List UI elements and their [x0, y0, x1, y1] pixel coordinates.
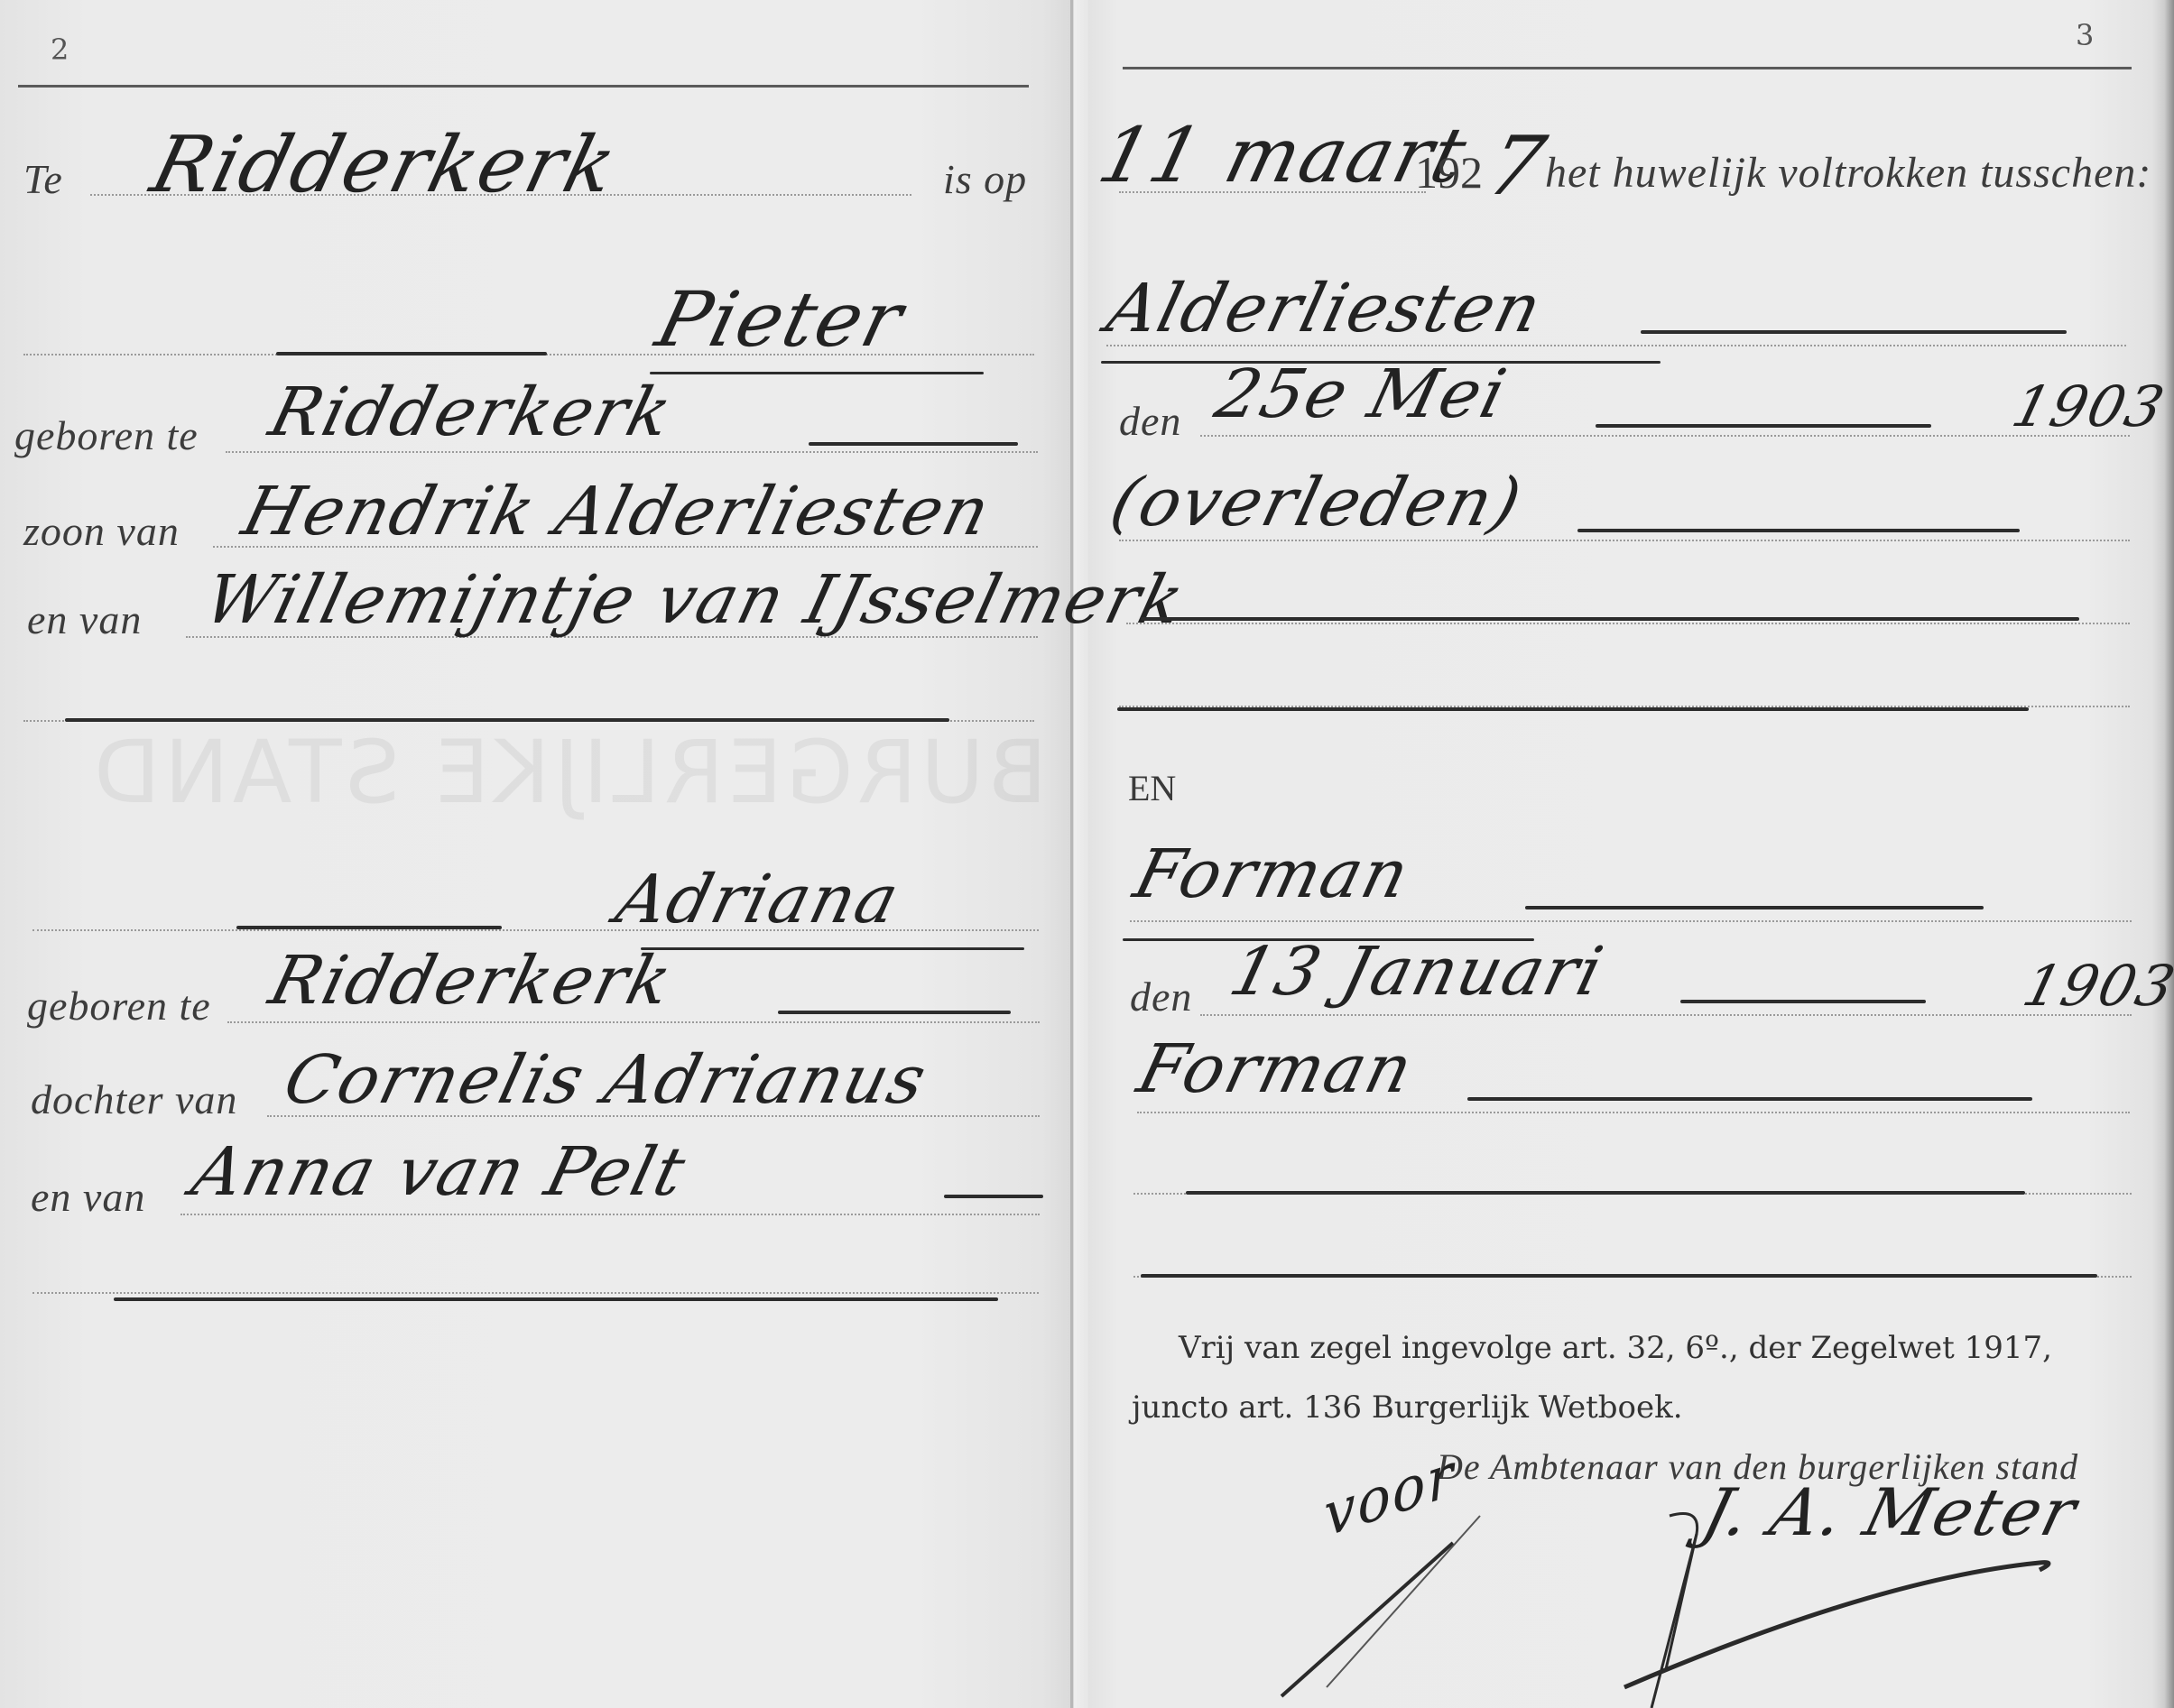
header-rule-left: [18, 85, 1029, 88]
hand-bride-birth-year: 1903: [2018, 958, 2174, 1014]
hand-bride-birthplace: Ridderkerk: [264, 947, 680, 1014]
ink-dash: [944, 1195, 1043, 1198]
page-edge: [2164, 0, 2174, 1708]
left-page: [0, 0, 1074, 1708]
ink-underline: [641, 947, 1024, 950]
page-number-left: 2: [51, 32, 69, 67]
ink-underline: [650, 372, 984, 374]
ink-closing-line: [1117, 707, 2029, 711]
ink-dash: [778, 1011, 1011, 1014]
ink-closing-line: [1141, 1274, 2097, 1278]
dotted-line: [1200, 1014, 2132, 1016]
booklet-spread: 2 Te Ridderkerk is op Pieter geboren te …: [0, 0, 2174, 1708]
dotted-line: [32, 1292, 1039, 1294]
hand-bride-given-name: Adriana: [610, 866, 906, 933]
ink-dash: [1641, 330, 2067, 334]
stamp-exemption-line2: juncto art. 136 Burgerlijk Wetboek.: [1132, 1389, 1683, 1426]
ink-dash: [1680, 1000, 1926, 1003]
hand-place: Ridderkerk: [144, 126, 624, 204]
label-te: Te: [23, 155, 63, 203]
hand-bride-father: Cornelis Adrianus: [278, 1047, 934, 1113]
ink-dash: [809, 442, 1018, 446]
ink-closing-line: [114, 1297, 998, 1301]
label-en-van: en van: [27, 595, 142, 643]
label-dochter-van: dochter van: [31, 1076, 237, 1123]
ink-closing-line: [1186, 1191, 2025, 1195]
year-prefix: 192: [1415, 146, 1483, 198]
hand-groom-surname: Alderliesten: [1101, 275, 1549, 342]
fold-highlight: [1074, 0, 1088, 1708]
dotted-line: [1200, 435, 2130, 437]
marriage-text: het huwelijk voltrokken tusschen:: [1545, 148, 2151, 198]
dotted-line: [227, 1021, 1040, 1023]
hand-groom-birthplace: Ridderkerk: [264, 379, 680, 446]
hand-groom-given-name: Pieter: [650, 282, 911, 357]
dotted-line: [1137, 1112, 2130, 1113]
dotted-line: [180, 1214, 1040, 1215]
ink-dash: [1467, 1097, 2032, 1101]
label-en-van: en van: [31, 1173, 145, 1221]
header-rule-right: [1123, 67, 2132, 69]
ink-dash: [236, 926, 502, 929]
hand-bride-birth-date: 13 Januari: [1224, 938, 1610, 1005]
label-geboren-te: geboren te: [27, 982, 211, 1029]
dotted-line: [226, 451, 1038, 453]
ink-dash: [1596, 424, 1931, 428]
label-den: den: [1119, 397, 1181, 445]
dotted-line: [1126, 623, 2130, 624]
label-is-op: is op: [943, 155, 1027, 203]
hand-groom-note: (overleden): [1105, 469, 1529, 536]
hand-groom-birth-year: 1903: [2007, 379, 2170, 435]
label-geboren-te: geboren te: [14, 411, 199, 459]
hand-groom-father: Hendrik Alderliesten: [236, 478, 997, 545]
center-fold: [1070, 0, 1073, 1708]
hand-bride-father-surname: Forman: [1132, 1036, 1420, 1103]
ink-dash: [1577, 529, 2020, 532]
ink-dash: [276, 352, 547, 355]
label-den: den: [1130, 973, 1192, 1020]
page-number-right: 3: [2076, 18, 2094, 52]
ink-dash: [1525, 906, 1984, 909]
hand-groom-birth-date: 25e Mei: [1209, 361, 1513, 428]
label-zoon-van: zoon van: [23, 507, 180, 555]
show-through-text: BURGERLIJKE STAND: [90, 722, 1047, 823]
hand-bride-mother: Anna van Pelt: [186, 1139, 693, 1205]
signature-strokes: [1245, 1480, 2148, 1708]
hand-bride-surname: Forman: [1128, 841, 1417, 908]
ink-closing-line: [1141, 617, 2079, 621]
hand-groom-mother: Willemijntje van IJsselmerk: [199, 567, 1191, 633]
stamp-exemption-line1: Vrij van zegel ingevolge art. 32, 6º., d…: [1179, 1330, 2052, 1366]
label-en: EN: [1128, 767, 1176, 809]
dotted-line: [1130, 920, 2132, 922]
